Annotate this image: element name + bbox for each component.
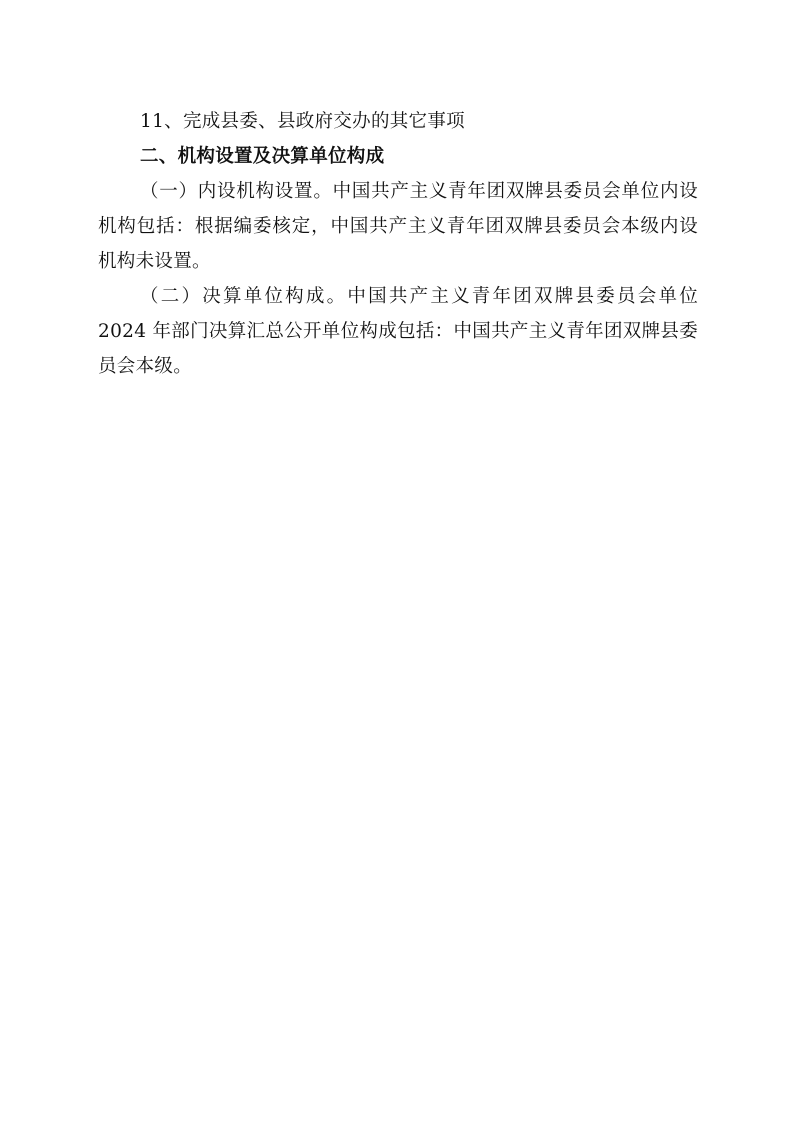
document-page: 11、完成县委、县政府交办的其它事项 二、机构设置及决算单位构成 （一）内设机构… [98,104,698,384]
paragraph-internal-structure: （一）内设机构设置。中国共产主义青年团双牌县委员会单位内设机构包括：根据编委核定… [98,174,698,279]
section-heading-organization: 二、机构设置及决算单位构成 [98,139,698,174]
paragraph-accounting-units: （二）决算单位构成。中国共产主义青年团双牌县委员会单位 2024 年部门决算汇总… [98,279,698,384]
list-item-11: 11、完成县委、县政府交办的其它事项 [98,104,698,139]
